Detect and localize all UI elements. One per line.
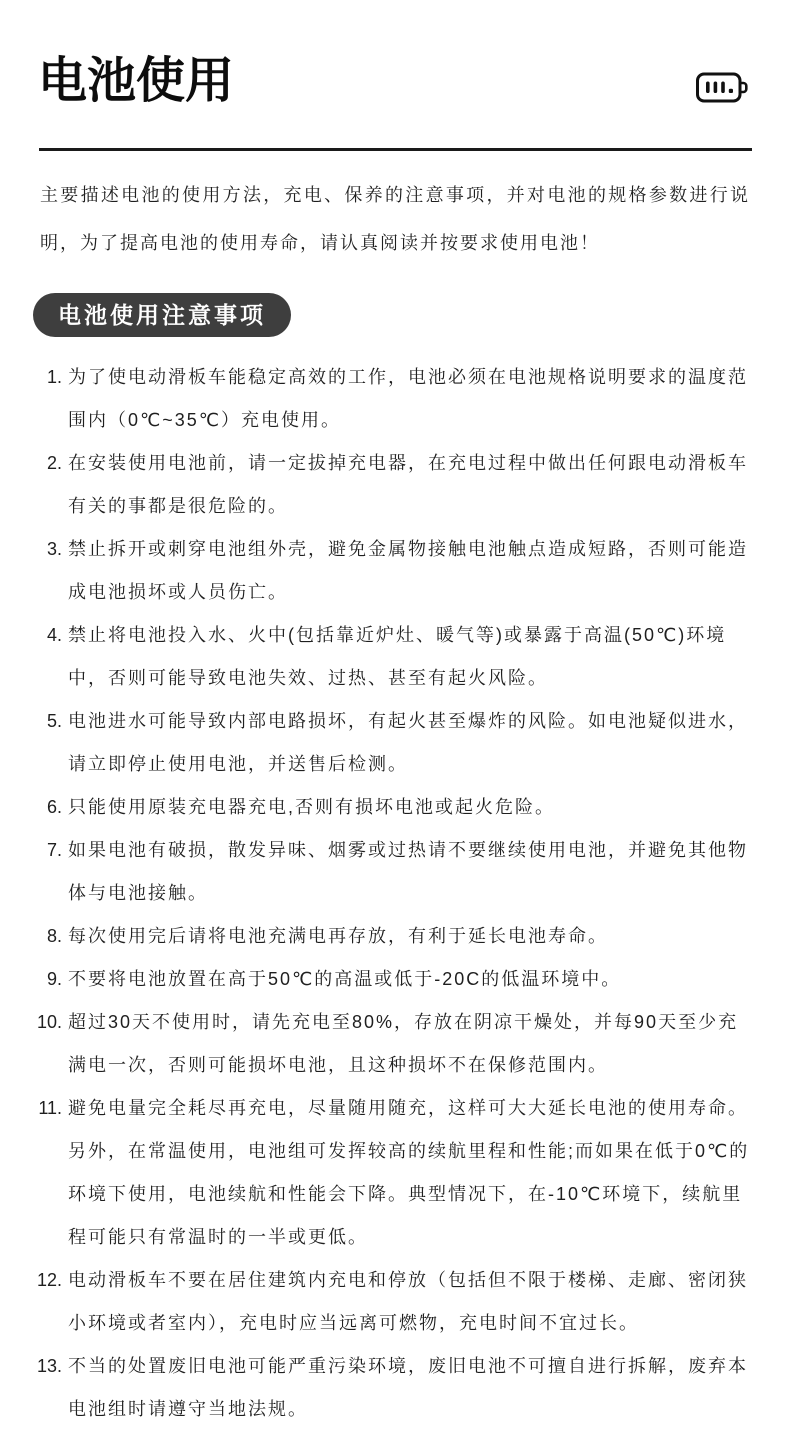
list-item-text: 不当的处置废旧电池可能严重污染环境，废旧电池不可擅自进行拆解，废弃本电池组时请遵… xyxy=(68,1356,748,1419)
list-item: 10.超过30天不使用时，请先充电至80%，存放在阴凉干燥处，并每90天至少充满… xyxy=(36,1001,752,1087)
list-item: 9.不要将电池放置在高于50℃的高温或低于-20C的低温环境中。 xyxy=(36,958,752,1001)
list-item-text: 超过30天不使用时，请先充电至80%，存放在阴凉干燥处，并每90天至少充满电一次… xyxy=(68,1012,738,1075)
intro-paragraph: 主要描述电池的使用方法，充电、保养的注意事项，并对电池的规格参数进行说明，为了提… xyxy=(40,171,750,267)
list-item: 2.在安装使用电池前，请一定拔掉充电器，在充电过程中做出任何跟电动滑板车有关的事… xyxy=(36,442,752,528)
list-item-text: 避免电量完全耗尽再充电，尽量随用随充，这样可大大延长电池的使用寿命。另外，在常温… xyxy=(68,1098,749,1247)
section-badge-label: 电池使用注意事项 xyxy=(58,293,266,337)
list-item-text: 不要将电池放置在高于50℃的高温或低于-20C的低温环境中。 xyxy=(68,969,621,989)
list-item: 3.禁止拆开或刺穿电池组外壳，避免金属物接触电池触点造成短路，否则可能造成电池损… xyxy=(36,528,752,614)
list-item-number: 2. xyxy=(36,442,62,485)
list-item: 8.每次使用完后请将电池充满电再存放，有利于延长电池寿命。 xyxy=(36,915,752,958)
manual-page: 电池使用 主要描述电池的使用方法，充电、保养的注意事项，并对电池的规格参数进行说… xyxy=(0,0,790,1454)
list-item: 1.为了使电动滑板车能稳定高效的工作，电池必须在电池规格说明要求的温度范围内（0… xyxy=(36,356,752,442)
list-item: 4.禁止将电池投入水、火中(包括靠近炉灶、暖气等)或暴露于高温(50℃)环境中，… xyxy=(36,614,752,700)
list-item: 11.避免电量完全耗尽再充电，尽量随用随充，这样可大大延长电池的使用寿命。另外，… xyxy=(36,1087,752,1259)
notes-list: 1.为了使电动滑板车能稳定高效的工作，电池必须在电池规格说明要求的温度范围内（0… xyxy=(36,356,752,1431)
list-item-number: 9. xyxy=(36,958,62,1001)
list-item-number: 13. xyxy=(36,1345,62,1388)
list-item: 7.如果电池有破损，散发异味、烟雾或过热请不要继续使用电池，并避免其他物体与电池… xyxy=(36,829,752,915)
list-item-number: 5. xyxy=(36,700,62,743)
list-item-text: 电动滑板车不要在居住建筑内充电和停放（包括但不限于楼梯、走廊、密闭狭小环境或者室… xyxy=(68,1270,748,1333)
list-item-number: 8. xyxy=(36,915,62,958)
list-item: 5.电池进水可能导致内部电路损坏，有起火甚至爆炸的风险。如电池疑似进水，请立即停… xyxy=(36,700,752,786)
list-item-number: 3. xyxy=(36,528,62,571)
list-item-text: 如果电池有破损，散发异味、烟雾或过热请不要继续使用电池，并避免其他物体与电池接触… xyxy=(68,840,748,903)
list-item: 12.电动滑板车不要在居住建筑内充电和停放（包括但不限于楼梯、走廊、密闭狭小环境… xyxy=(36,1259,752,1345)
list-item-number: 10. xyxy=(36,1001,62,1044)
list-item-text: 电池进水可能导致内部电路损坏，有起火甚至爆炸的风险。如电池疑似进水，请立即停止使… xyxy=(68,711,748,774)
list-item: 6.只能使用原装充电器充电,否则有损坏电池或起火危险。 xyxy=(36,786,752,829)
list-item-text: 每次使用完后请将电池充满电再存放，有利于延长电池寿命。 xyxy=(68,926,608,946)
list-item-number: 4. xyxy=(36,614,62,657)
list-item-number: 1. xyxy=(36,356,62,399)
page-title: 电池使用 xyxy=(38,52,234,111)
list-item: 13.不当的处置废旧电池可能严重污染环境，废旧电池不可擅自进行拆解，废弃本电池组… xyxy=(36,1345,752,1431)
list-item-number: 11. xyxy=(36,1087,62,1130)
list-item-text: 禁止将电池投入水、火中(包括靠近炉灶、暖气等)或暴露于高温(50℃)环境中，否则… xyxy=(68,625,726,688)
section-badge: 电池使用注意事项 xyxy=(33,293,291,337)
list-item-number: 7. xyxy=(36,829,62,872)
list-item-text: 在安装使用电池前，请一定拔掉充电器，在充电过程中做出任何跟电动滑板车有关的事都是… xyxy=(68,453,748,516)
list-item-text: 只能使用原装充电器充电,否则有损坏电池或起火危险。 xyxy=(68,797,555,817)
battery-icon xyxy=(696,72,748,103)
divider xyxy=(39,148,752,151)
list-item-number: 12. xyxy=(36,1259,62,1302)
list-item-text: 禁止拆开或刺穿电池组外壳，避免金属物接触电池触点造成短路，否则可能造成电池损坏或… xyxy=(68,539,748,602)
list-item-number: 6. xyxy=(36,786,62,829)
list-item-text: 为了使电动滑板车能稳定高效的工作，电池必须在电池规格说明要求的温度范围内（0℃~… xyxy=(68,367,748,430)
